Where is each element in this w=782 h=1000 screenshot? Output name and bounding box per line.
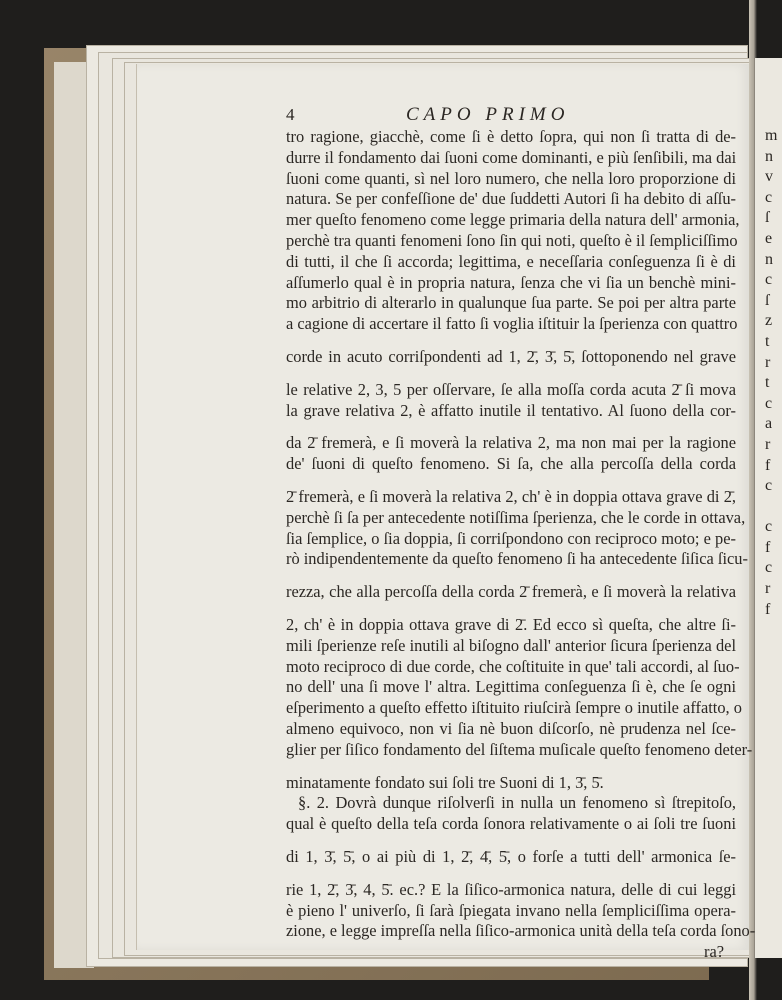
text-line: ſia ſemplice, o ſia doppia, ſi corriſpon… <box>286 529 736 550</box>
text-line: qual è queſto della teſa corda ſonora re… <box>286 814 736 835</box>
running-head: CAPO PRIMO <box>406 104 569 126</box>
line-gap <box>286 421 736 433</box>
line-gap <box>286 761 736 773</box>
facing-page-fragments: m n v c ſ e n c ſ z t r t c a r f c c f … <box>755 58 782 620</box>
line-gap <box>286 570 736 582</box>
text-line: rò indipendentemente da queſto fenomeno … <box>286 549 736 570</box>
text-line: almeno equivoco, non vi ſia nè buon diſc… <box>286 719 736 740</box>
text-line: durre il fondamento dai ſuoni come domin… <box>286 148 736 169</box>
line-gap <box>286 868 736 880</box>
text-line: natura. Se per confeſſione de' due ſudde… <box>286 189 736 210</box>
text-line: rezza, che alla percoſſa della corda 2̄ … <box>286 582 736 603</box>
text-line: mer queſto fenomeno come legge primaria … <box>286 210 736 231</box>
text-line: glier per ſiſico fondamento del ſiſtema … <box>286 740 736 761</box>
line-gap <box>286 603 736 615</box>
text-line: le relative 2, 3, 5 per oſſervare, ſe al… <box>286 380 736 401</box>
text-line: zione, e legge impreſſa nella ſiſico-arm… <box>286 921 736 942</box>
text-line: 2̄ fremerà, e ſi moverà la relativa 2, c… <box>286 487 736 508</box>
text-line: moto reciproco di due corde, che coſtitu… <box>286 657 736 678</box>
line-gap <box>286 835 736 847</box>
text-line: de' ſuoni di queſto fenomeno. Si ſa, che… <box>286 454 736 475</box>
text-line: mo arbitrio di alterarlo in qualunque ſu… <box>286 293 736 314</box>
text-line: di tutti, il che ſi accorda; legittima, … <box>286 252 736 273</box>
text-line: aſſumerlo qual è in propria natura, ſenz… <box>286 273 736 294</box>
text-line: §. 2. Dovrà dunque riſolverſi in nulla u… <box>286 793 736 814</box>
line-gap <box>286 335 736 347</box>
text-line: tro ragione, giacchè, come ſi è detto ſo… <box>286 127 736 148</box>
text-line: no dell' una ſi move l' altra. Legittima… <box>286 677 736 698</box>
page-number: 4 <box>286 105 295 125</box>
page-header: 4 CAPO PRIMO <box>286 105 736 127</box>
text-line: perchè ſi ſa per antecedente notiſſima ſ… <box>286 508 736 529</box>
facing-page: m n v c ſ e n c ſ z t r t c a r f c c f … <box>755 58 782 958</box>
text-line: la grave relativa 2, è affatto inutile i… <box>286 401 736 422</box>
text-line: a cagione di accertare il fatto ſi vogli… <box>286 314 736 335</box>
line-gap <box>286 475 736 487</box>
text-line: mili ſperienze reſe inutili al biſogno d… <box>286 636 736 657</box>
text-line: corde in acuto corriſpondenti ad 1, 2̄, … <box>286 347 736 368</box>
text-line: da 2̄ fremerà, e ſi moverà la relativa 2… <box>286 433 736 454</box>
text-line: ſuoni come quanti, sì nel loro numero, c… <box>286 169 736 190</box>
text-line: 2, ch' è in doppia ottava grave di 2̄. E… <box>286 615 736 636</box>
text-line: di 1, 3̄, 5̄, o ai più di 1, 2̄, 4̄, 5̄,… <box>286 847 736 868</box>
line-gap <box>286 368 736 380</box>
catchword: ra? <box>286 942 736 963</box>
text-line: è pieno l' univerſo, ſi ſarà ſpiegata in… <box>286 901 736 922</box>
page-text: 4 CAPO PRIMO tro ragione, giacchè, come … <box>286 105 736 963</box>
text-lines: tro ragione, giacchè, come ſi è detto ſo… <box>286 127 736 942</box>
text-line: eſperimento a queſto effetto iſtituito r… <box>286 698 736 719</box>
text-line: rie 1, 2̄, 3̄, 4, 5̄. ec.? E la ſiſico-a… <box>286 880 736 901</box>
text-line: minatamente fondato sui ſoli tre Suoni d… <box>286 773 736 794</box>
text-line: perchè tra quanti fenomeni ſono ſin qui … <box>286 231 736 252</box>
